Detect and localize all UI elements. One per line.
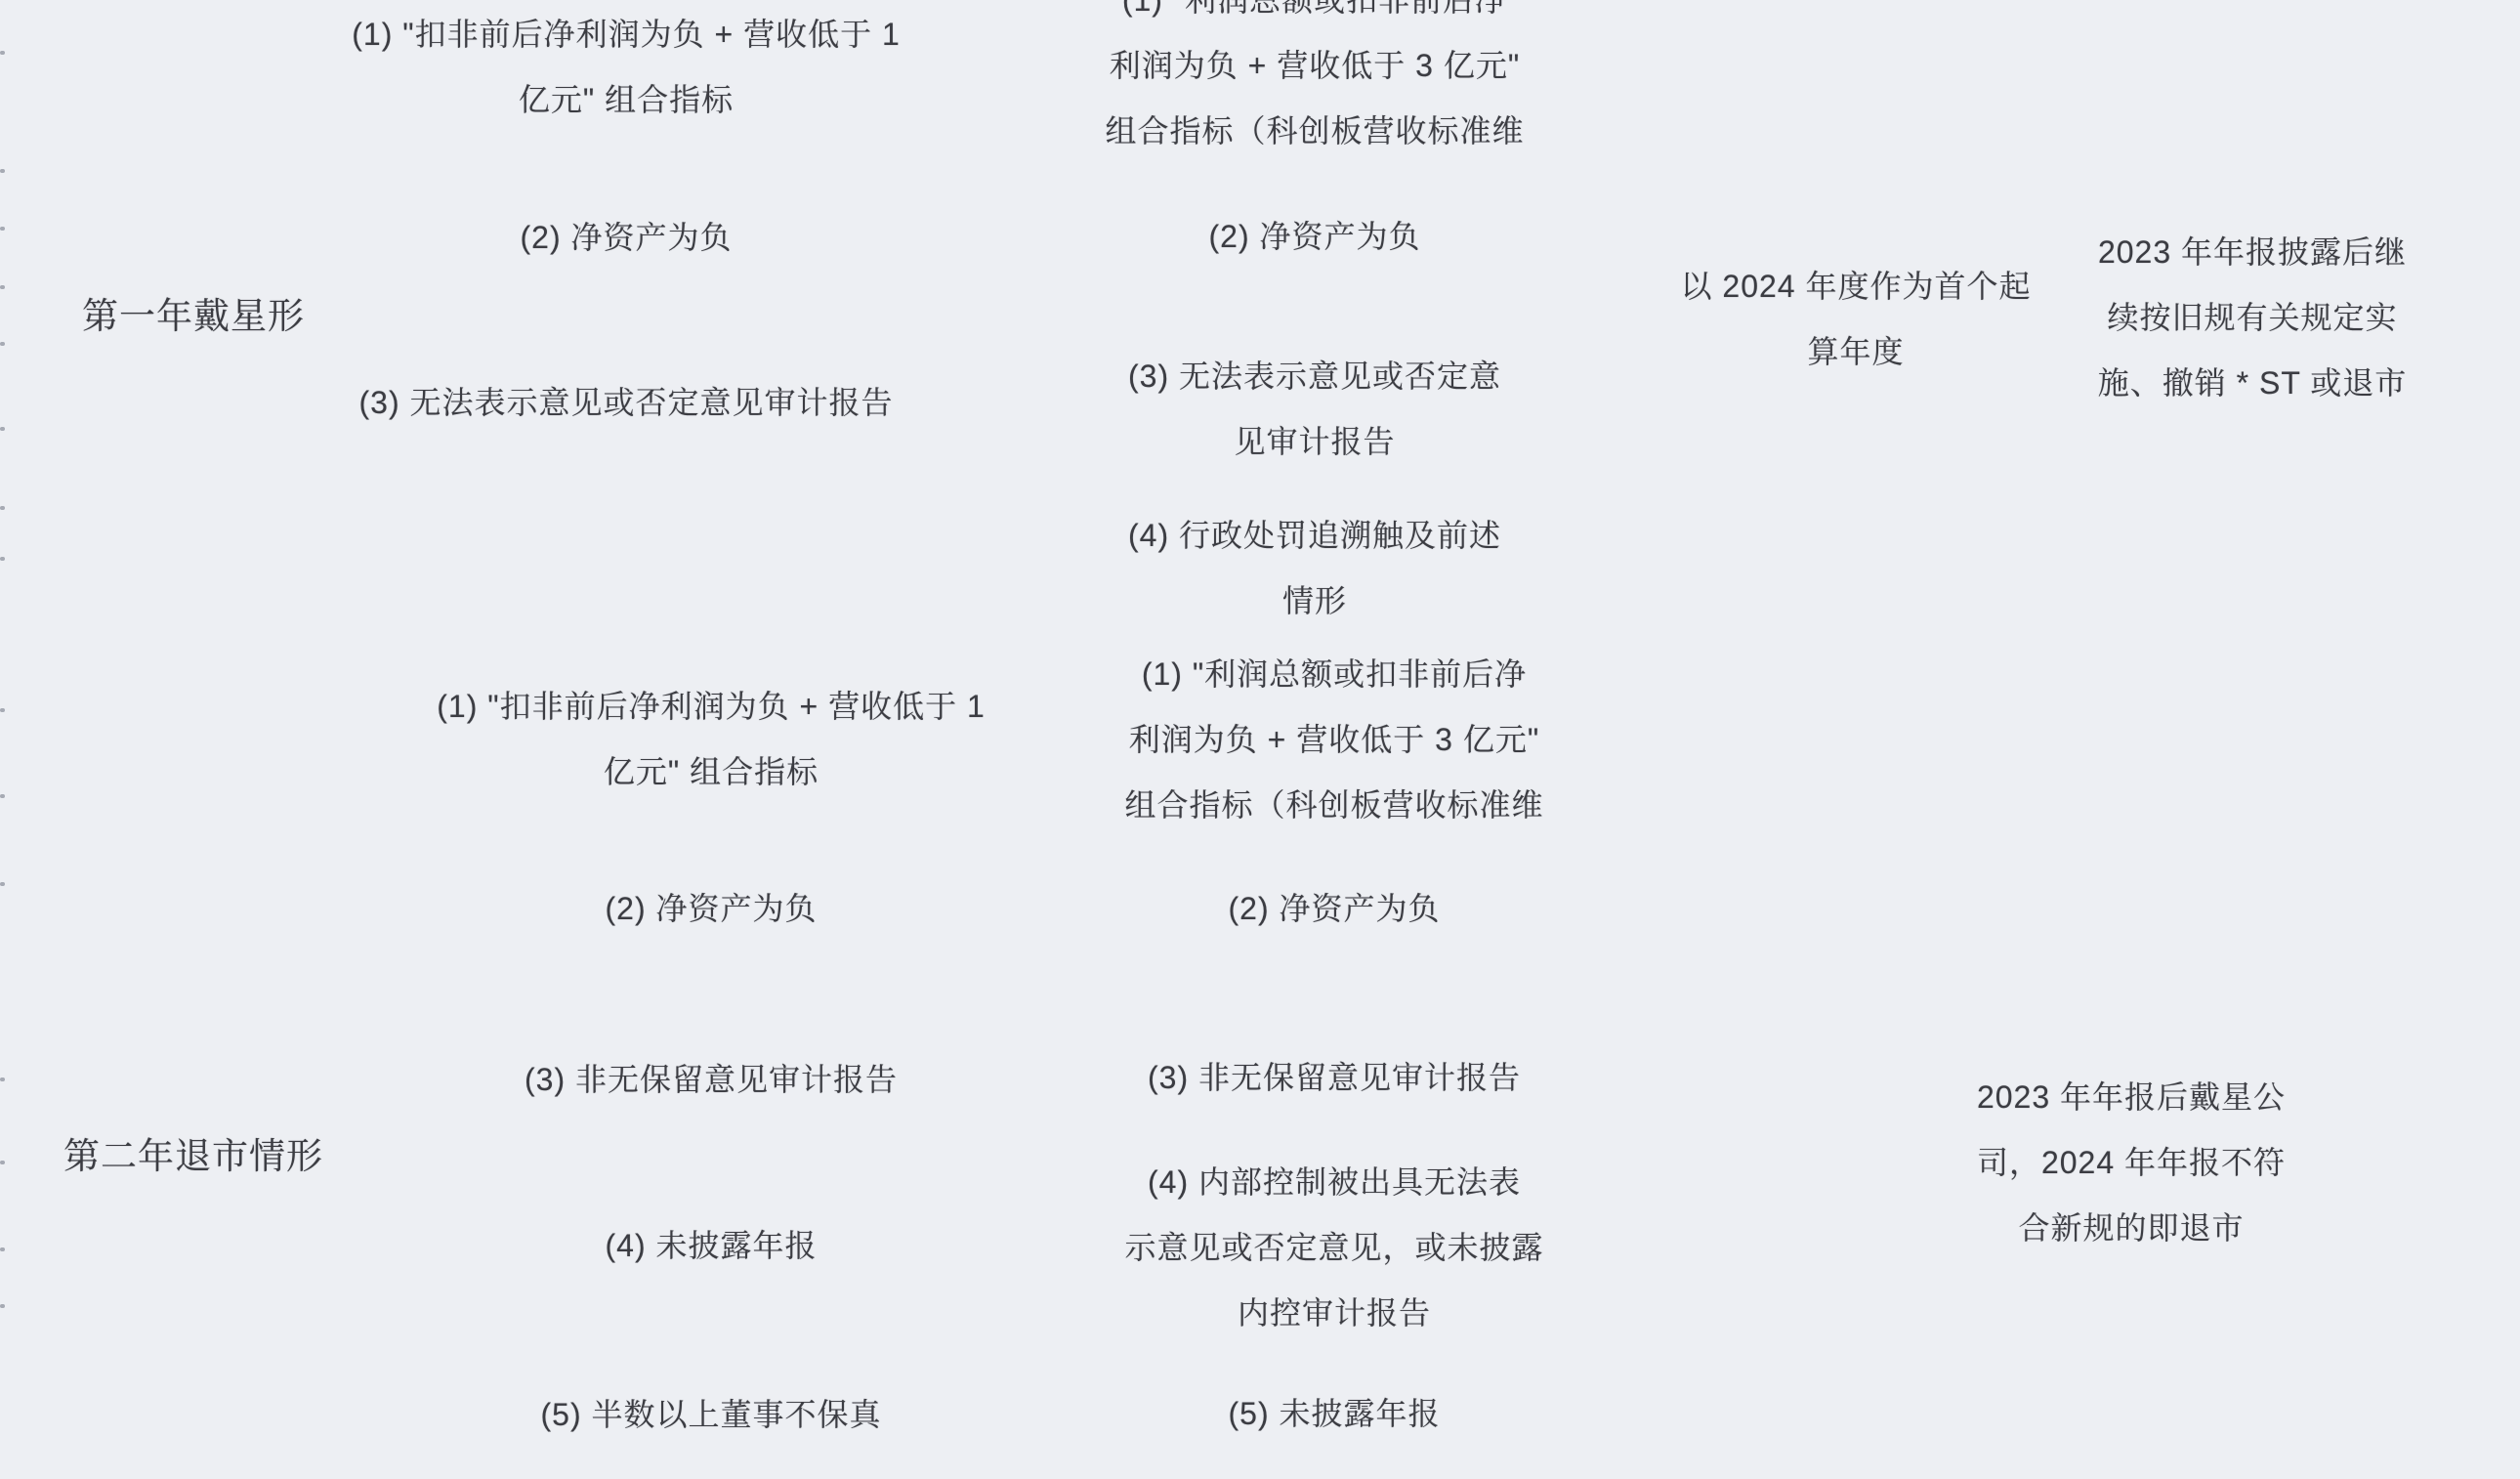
col-transition-note: 2023 年年报披露后继 续按旧规有关规定实 施、撤销 * ST 或退市 (2037, 0, 2467, 635)
col-start-year: 以 2024 年度作为首个起 算年度 (1641, 0, 2071, 635)
table-row-first-year-star: 第一年戴星形 (1) "扣非前后净利润为负 + 营收低于 1 亿元" 组合指标 … (0, 0, 2520, 635)
transition-note: 2023 年年报后戴星公 司，2024 年年报不符 合新规的即退市 (1916, 1065, 2346, 1261)
criteria-item: (4) 行政处罚追溯触及前述 情形 (953, 503, 1676, 634)
table-row-second-year-delist: 第二年退市情形 (1) "扣非前后净利润为负 + 营收低于 1 亿元" 组合指标… (0, 635, 2520, 1479)
criteria-item: (4) 内部控制被出具无法表 示意见或否定意见，或未披露 内控审计报告 (973, 1150, 1696, 1346)
transition-note: 2023 年年报披露后继 续按旧规有关规定实 施、撤销 * ST 或退市 (2037, 220, 2467, 416)
row-label: 第一年戴星形 (0, 283, 387, 349)
col-row-label: 第二年退市情形 (0, 635, 387, 1479)
col-criteria-b: (1) "利润总额或扣非前后净 利润为负 + 营收低于 3 亿元" 组合指标（科… (973, 635, 1696, 1479)
criteria-item: (2) 净资产为负 (953, 204, 1676, 270)
criteria-item: (1) "扣非前后净利润为负 + 营收低于 1 亿元" 组合指标 (428, 674, 994, 805)
start-year-note: 以 2024 年度作为首个起 算年度 (1641, 254, 2071, 385)
col-criteria-b: (1) "利润总额或扣非前后净 利润为负 + 营收低于 3 亿元" 组合指标（科… (953, 0, 1676, 635)
criteria-item: (5) 未披露年报 (973, 1381, 1696, 1447)
row-label: 第二年退市情形 (0, 1123, 387, 1189)
criteria-item: (1) "利润总额或扣非前后净 利润为负 + 营收低于 3 亿元" 组合指标（科… (973, 642, 1696, 838)
criteria-item: (4) 未披露年报 (428, 1213, 994, 1279)
col-transition-note: 2023 年年报后戴星公 司，2024 年年报不符 合新规的即退市 (1916, 635, 2346, 1479)
criteria-item: (5) 半数以上董事不保真 (428, 1382, 994, 1448)
col-criteria-a: (1) "扣非前后净利润为负 + 营收低于 1 亿元" 组合指标 (2) 净资产… (428, 635, 994, 1479)
col-row-label: 第一年戴星形 (0, 0, 387, 635)
delisting-rules-table: 第一年戴星形 (1) "扣非前后净利润为负 + 营收低于 1 亿元" 组合指标 … (0, 0, 2520, 1479)
criteria-item: (2) 净资产为负 (973, 876, 1696, 942)
criteria-item: (3) 非无保留意见审计报告 (428, 1047, 994, 1113)
criteria-item: (3) 无法表示意见或否定意 见审计报告 (953, 344, 1676, 475)
criteria-item: (1) "扣非前后净利润为负 + 营收低于 1 亿元" 组合指标 (343, 2, 909, 133)
criteria-item: (2) 净资产为负 (428, 876, 994, 942)
criteria-item: (3) 无法表示意见或否定意见审计报告 (343, 370, 909, 436)
criteria-item: (2) 净资产为负 (343, 205, 909, 271)
criteria-item: (1) "利润总额或扣非前后净 利润为负 + 营收低于 3 亿元" 组合指标（科… (953, 0, 1676, 164)
criteria-item: (3) 非无保留意见审计报告 (973, 1045, 1696, 1111)
col-criteria-a: (1) "扣非前后净利润为负 + 营收低于 1 亿元" 组合指标 (2) 净资产… (343, 0, 909, 635)
